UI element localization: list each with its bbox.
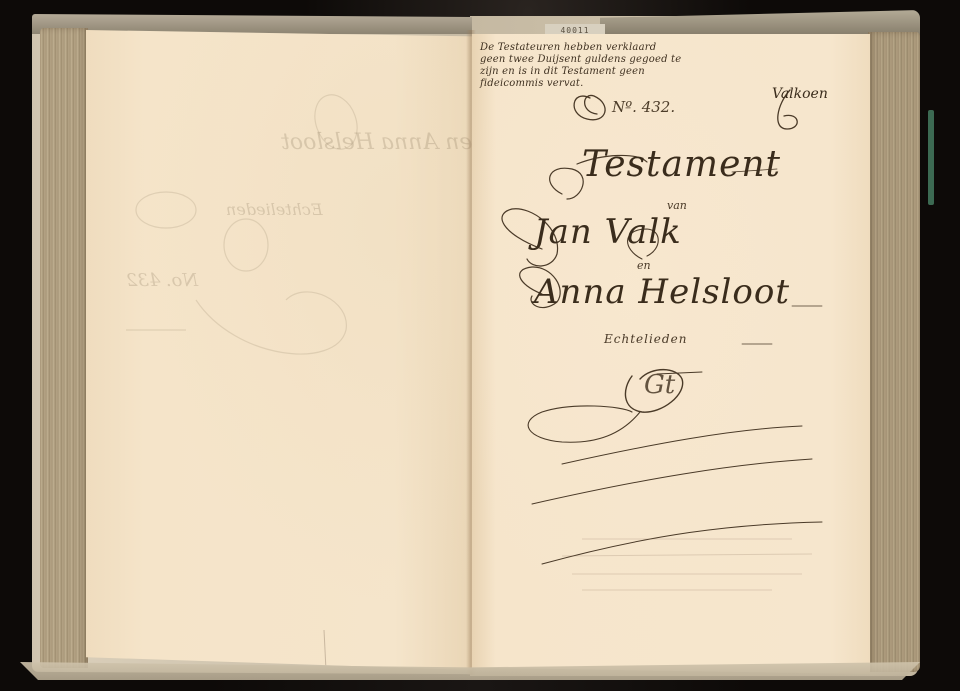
margin-note-line-2: geen twee Duijsent guldens gegoed te [480,54,681,66]
calligraphic-flourishes [472,34,870,674]
connector-en: en [637,259,651,272]
marital-status: Echtelieden [604,332,687,346]
document-title: Testament [582,144,781,185]
left-page-edges [40,28,88,668]
margin-note-line-4: fideicommis vervat. [480,78,583,90]
testator-1: Jan Valk [534,212,682,252]
testator-2: Anna Helsloot [534,272,790,312]
margin-note-line-1: De Testateuren hebben verklaard [480,42,656,54]
left-page: Jan Valk en Anna Helsloot Echtelieden No… [86,30,472,670]
bleed-through-flourishes [86,30,472,670]
bookmark-ribbon [928,110,934,205]
right-page-edges [868,32,920,672]
book-photo: 40011 Jan Valk en Anna Helsloot Echtelie… [0,0,960,691]
margin-note-line-3: zijn en is in dit Testament geen [480,66,645,78]
monogram: Gt [644,370,675,400]
entry-number: Nº. 432. [612,98,675,116]
connector-van: van [667,199,687,212]
right-page: De Testateuren hebben verklaard geen twe… [472,34,870,674]
